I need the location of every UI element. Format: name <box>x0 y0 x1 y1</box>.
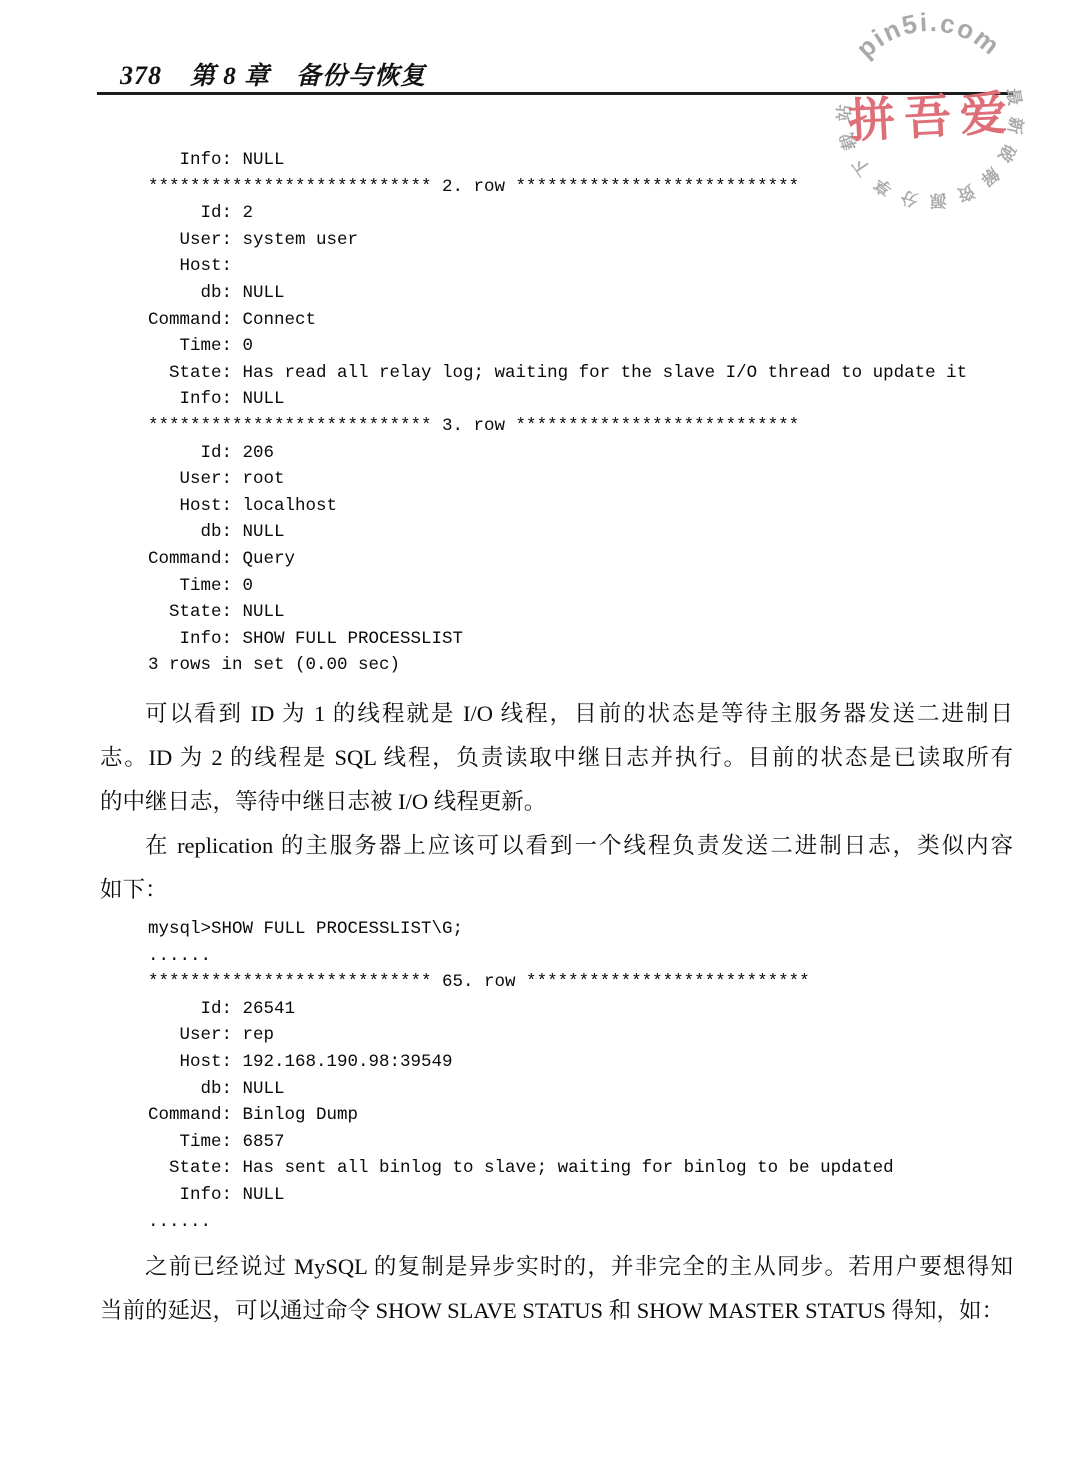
chapter-title: 备份与恢复 <box>296 63 426 90</box>
mysql-master-processlist-output: mysql>SHOW FULL PROCESSLIST\G; ...... **… <box>148 916 894 1235</box>
text-line: 当前的延迟，可以通过命令 SHOW SLAVE STATUS 和 SHOW MA… <box>100 1289 1013 1333</box>
text-line: 可以看到 ID 为 1 的线程就是 I/O 线程，目前的状态是等待主服务器发送二… <box>100 692 1013 736</box>
page-header: 378第 8 章备份与恢复 <box>120 56 426 92</box>
text-line: 如下： <box>100 868 1013 912</box>
mysql-slave-processlist-output: Info: NULL *************************** 2… <box>148 147 967 679</box>
text-line: 在 replication 的主服务器上应该可以看到一个线程负责发送二进制日志，… <box>100 824 1013 868</box>
watermark-site-text: pin5i.com <box>850 7 1006 64</box>
book-page: 378第 8 章备份与恢复 pin5i.com 最新破解资源分享下载站 拼吾爱 … <box>0 0 1080 1478</box>
text-line: 的中继日志，等待中继日志被 I/O 线程更新。 <box>100 780 1013 824</box>
page-number: 378 <box>120 61 162 90</box>
chapter-label: 第 8 章 <box>190 63 270 90</box>
text-line: 之前已经说过 MySQL 的复制是异步实时的，并非完全的主从同步。若用户要想得知 <box>100 1245 1013 1289</box>
paragraph-replication-delay: 之前已经说过 MySQL 的复制是异步实时的，并非完全的主从同步。若用户要想得知… <box>100 1245 1013 1333</box>
paragraph-replication-master: 在 replication 的主服务器上应该可以看到一个线程负责发送二进制日志，… <box>100 824 1013 912</box>
watermark-center-text: 拼吾爱 <box>847 88 1017 149</box>
paragraph-io-sql-threads: 可以看到 ID 为 1 的线程就是 I/O 线程，目前的状态是等待主服务器发送二… <box>100 692 1013 824</box>
text-line: 志。ID 为 2 的线程是 SQL 线程，负责读取中继日志并执行。目前的状态是已… <box>100 736 1013 780</box>
